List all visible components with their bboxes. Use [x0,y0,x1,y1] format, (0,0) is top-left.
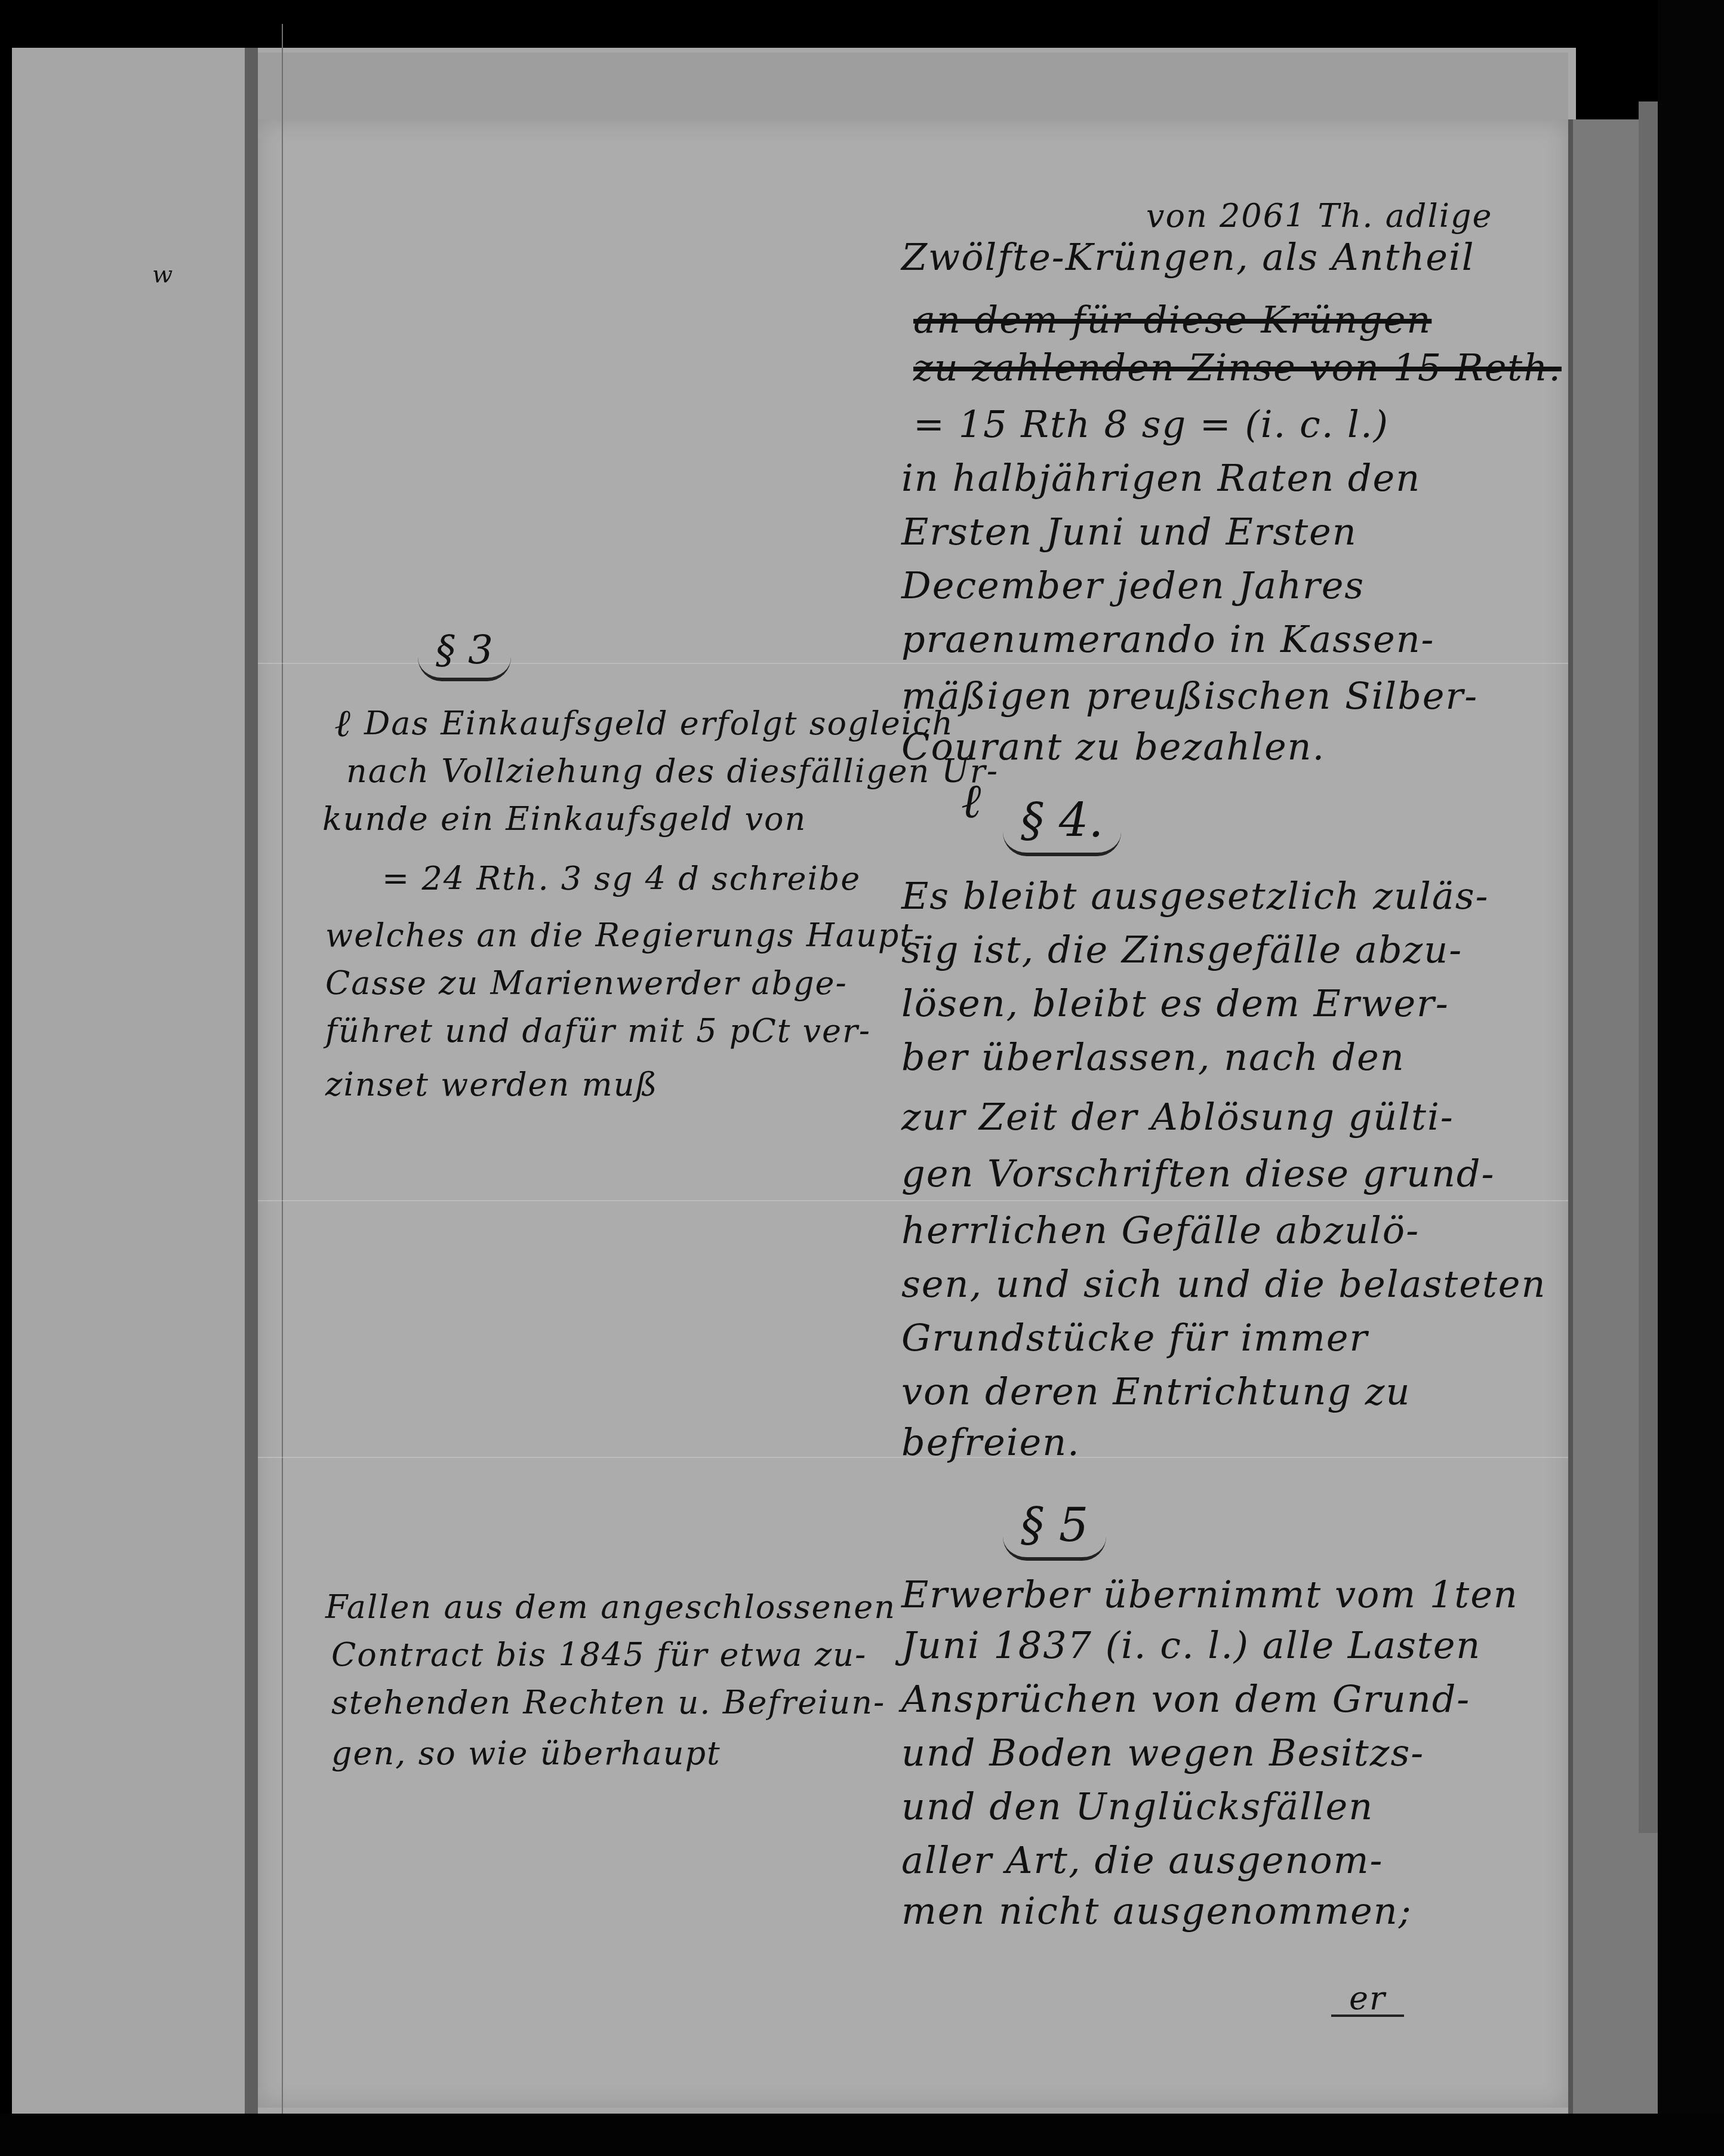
right-line-4-amount: = 15 Rth 8 sg = (i. c. l.) [913,406,1389,443]
s5-line-3: Ansprüchen von dem Grund- [901,1681,1470,1718]
section-4-heading: § 4. [1003,794,1121,856]
s5-line-5: und den Unglücksfällen [901,1788,1374,1825]
section-3-heading: § 3 [418,627,511,681]
s4-line-4: ber überlassen, nach den [901,1039,1405,1076]
fold-mark: w [152,263,174,287]
margin-note-line-2: Contract bis 1845 für etwa zu- [331,1639,867,1671]
page-top-band [258,53,1568,119]
catchword: er [1331,1982,1404,2017]
right-line-7: December jeden Jahres [901,567,1365,604]
s4-line-3: lösen, bleibt es dem Erwer- [901,985,1449,1022]
s5-line-7: men nicht ausgenommen; [901,1893,1412,1930]
s4-line-2: sig ist, die Zinsgefälle abzu- [901,931,1463,968]
scan-background-right [1658,0,1724,2156]
s3-line-3: kunde ein Einkaufsgeld von [322,803,806,835]
s3-line-6: Casse zu Marienwerder abge- [325,967,848,999]
s4-line-1: Es bleibt ausgesetzlich zuläs- [901,878,1489,915]
s4-line-6: gen Vorschriften diese grund- [901,1155,1495,1192]
s4-line-11: befreien. [901,1424,1080,1461]
s5-line-1: Erwerber übernimmt vom 1ten [901,1576,1519,1613]
s4-line-10: von deren Entrichtung zu [901,1373,1411,1410]
s3-line-2: nach Vollziehung des diesfälligen Ur- [346,755,999,788]
right-line-6: Ersten Juni und Ersten [901,513,1357,550]
insertion-above: von 2061 Th. adlige [1146,200,1493,232]
section-3-mark: ℓ [334,702,350,746]
right-line-3-struck: zu zahlenden Zinse von 15 Reth. [913,349,1562,386]
s5-line-4: und Boden wegen Besitzs- [901,1734,1424,1771]
margin-note-line-4: gen, so wie überhaupt [331,1737,721,1770]
s4-line-9: Grundstücke für immer [901,1320,1368,1357]
s3-line-8: zinset werden muß [325,1069,658,1101]
margin-note-line-1: Fallen aus dem angeschlossenen [325,1591,896,1623]
right-line-5: in halbjährigen Raten den [901,460,1421,497]
margin-note-line-3: stehenden Rechten u. Befreiun- [331,1687,885,1719]
s3-line-7: führet und dafür mit 5 pCt ver- [325,1015,871,1047]
right-line-9: mäßigen preußischen Silber- [901,678,1478,715]
right-line-1: Zwölfte-Krüngen, als Antheil [901,239,1475,276]
s3-line-4-amount: = 24 Rth. 3 sg 4 d schreibe [382,863,861,895]
margin-rule [282,24,283,2114]
fold-crease [258,1200,1568,1201]
s4-line-7: herrlichen Gefälle abzulö- [901,1212,1420,1249]
s4-line-5: zur Zeit der Ablösung gülti- [901,1099,1454,1136]
left-page-strip [12,48,258,2114]
right-line-2-struck: an dem für diese Krüngen [913,302,1431,339]
s4-line-8: sen, und sich und die belasteten [901,1266,1546,1303]
s3-line-1: Das Einkaufsgeld erfolgt sogleich [364,708,954,740]
s5-line-2: Juni 1837 (i. c. l.) alle Lasten [901,1627,1481,1664]
section-5-heading: § 5 [1003,1499,1106,1561]
right-line-8: praenumerando in Kassen- [901,621,1435,658]
s5-line-6: aller Art, die ausgenom- [901,1842,1383,1879]
scan-background-bottom [0,2114,1724,2156]
s3-line-5: welches an die Regierungs Haupt- [325,919,926,952]
